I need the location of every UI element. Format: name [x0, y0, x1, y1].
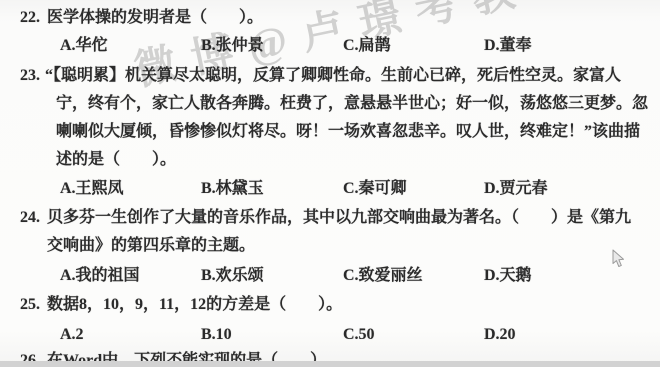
question-23-number: 23.	[20, 66, 40, 86]
question-23-text-line-1: “【聪明累】机关算尽太聪明，反算了卿卿性命。生前心已碎，死后性空灵。家富人	[45, 66, 621, 86]
question-24-option-d: D.天鹅	[484, 266, 532, 286]
question-23-option-a: A.王熙凤	[60, 179, 124, 199]
question-22-option-c: C.扁鹊	[343, 36, 391, 56]
question-22-number: 22.	[20, 8, 40, 28]
question-25-option-d: D.20	[484, 325, 516, 345]
question-24-option-b: B.欢乐颂	[201, 266, 264, 286]
question-25-option-b: B.10	[201, 325, 232, 345]
bottom-edge-bar	[0, 361, 660, 367]
mouse-cursor-icon	[612, 249, 625, 268]
question-23-option-b: B.林黛玉	[201, 179, 264, 199]
question-23-text-line-2: 宁，终有个，家亡人散各奔腾。枉费了，意悬悬半世心；好一似，荡悠悠三更梦。忽	[56, 94, 648, 114]
question-25-number: 25.	[20, 295, 40, 315]
question-25-option-a: A.2	[60, 325, 84, 345]
question-23-option-d: D.贾元春	[484, 179, 548, 199]
question-24-number: 24.	[20, 208, 40, 228]
question-24-option-c: C.致爱丽丝	[343, 266, 423, 286]
question-24-text-line-1: 贝多芬一生创作了大量的音乐作品，其中以九部交响曲最为著名。（ ）是《第九	[47, 208, 631, 228]
question-22-option-a: A.华佗	[60, 36, 108, 56]
question-22-option-d: D.董奉	[484, 36, 532, 56]
question-23-text-line-3: 喇喇似大厦倾，昏惨惨似灯将尽。呀！一场欢喜忽悲辛。叹人世，终难定！”该曲描	[56, 122, 640, 142]
question-24-text-line-2: 交响曲》的第四乐章的主题。	[47, 236, 255, 256]
question-23-option-c: C.秦可卿	[343, 179, 407, 199]
exam-document-page: 微博@卢璟考教 22. 医学体操的发明者是（ ）。 A.华佗 B.张仲景 C.扁…	[0, 0, 660, 367]
question-22-text: 医学体操的发明者是（ ）。	[47, 8, 263, 28]
question-24-option-a: A.我的祖国	[60, 266, 140, 286]
question-22-option-b: B.张仲景	[201, 36, 264, 56]
question-25-text: 数据8，10，9，11，12的方差是（ ）。	[47, 295, 342, 315]
question-23-text-line-4: 述的是（ ）。	[56, 150, 176, 170]
question-25-option-c: C.50	[343, 325, 375, 345]
